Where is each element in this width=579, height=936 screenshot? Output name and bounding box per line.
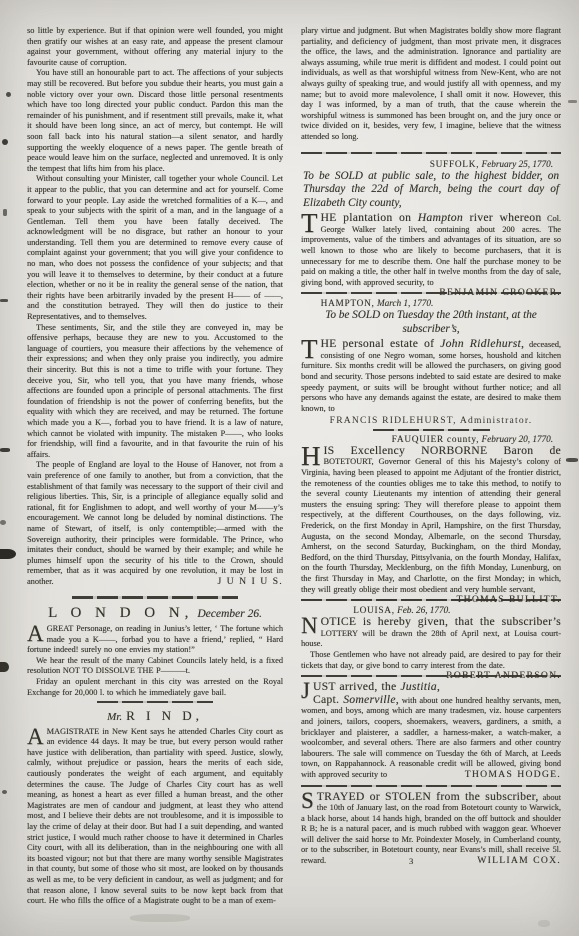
louisa-signature: ROBERT ANDERSON. (440, 671, 561, 682)
ad-fauquier: FAUQUIER county, February 20, 1770. HIS … (301, 434, 561, 595)
louisa-body-text: LOTTERY will be drawn the 28th of April … (301, 629, 561, 649)
ink-smudge (0, 520, 6, 525)
london-paragraph: Friday an opulent merchant in this city … (27, 677, 283, 698)
rind-title: R I N D, (126, 708, 203, 723)
hampton-signature: FRANCIS RIDLEHURST, Administrator. (301, 415, 561, 426)
rind-paragraph: A MAGISTRATE in New Kent says he attende… (27, 727, 283, 907)
fauquier-body-text: BOTETOURT, Governor General of this his … (301, 457, 561, 593)
fauquier-signature: THOMAS BULLITT. (450, 595, 561, 606)
strayed-lede: TRAYED or STOLEN from the subscriber, (317, 790, 539, 803)
rind-paragraph-text: MAGISTRATE in New Kent says he attended … (27, 727, 283, 906)
junius-paragraph: The people of England are loyal to the H… (27, 460, 283, 587)
drop-cap: A (27, 624, 47, 643)
hampton-place: HAMPTON, (321, 298, 375, 308)
fauquier-ad-body: HIS Excellency NORBORNE Baron de BOTETOU… (301, 445, 561, 595)
signature-mark: 3 (409, 856, 413, 867)
right-column: plary virtue and judgment. But when Magi… (301, 26, 561, 932)
section-divider (373, 429, 490, 431)
ink-smudge (0, 662, 9, 672)
suffolk-body-text: Col. George Walker lately lived, contain… (301, 214, 561, 287)
louisa-ad-body: NOTICE is hereby given, that the subscri… (301, 616, 561, 650)
just-arrived-lede: UST arrived, the (313, 680, 400, 693)
suffolk-signature: BENJAMIN CROOKER. (433, 288, 561, 299)
section-divider (301, 785, 561, 787)
ink-smudge (0, 299, 8, 302)
section-divider (72, 596, 238, 599)
fauquier-dateline: FAUQUIER county, February 20, 1770. (301, 434, 561, 444)
london-heading: L O N D O N, December 26. (27, 604, 283, 622)
junius-signature: J U N I U S. (211, 577, 283, 588)
hampton-ad-body: THE personal estate of John Ridlehurst, … (301, 338, 561, 414)
ship-name: Justitia (400, 680, 437, 693)
just-arrived-signature: THOMAS HODGE. (459, 770, 561, 781)
hampton-ad-heading: To be SOLD on Tuesday the 20th instant, … (303, 309, 559, 336)
london-paragraph: A GREAT Personage, on reading in Junius’… (27, 624, 283, 656)
hampton-lede: , (521, 337, 524, 350)
ink-smudge (2, 139, 8, 145)
ink-smudge (3, 209, 7, 216)
suffolk-lede: HE plantation on (321, 211, 418, 224)
strayed-signature: WILLIAM COX. (471, 856, 561, 867)
suffolk-date: February 25, 1770. (482, 159, 553, 169)
drop-cap: J (301, 681, 313, 700)
ink-smudge (2, 790, 7, 794)
louisa-lede: OTICE is hereby given, that the subscrib… (321, 615, 561, 628)
scan-smudge (130, 914, 190, 922)
louisa-date: Feb. 26, 1770. (397, 605, 450, 615)
ad-louisa: LOUISA, Feb. 26, 1770. NOTICE is hereby … (301, 605, 561, 671)
drop-cap: A (27, 727, 47, 746)
drop-cap: H (301, 445, 324, 466)
rind-heading: Mr. R I N D, (27, 707, 283, 725)
fauquier-lede: IS Excellency NORBORNE Baron de (324, 444, 562, 457)
just-arrived-body: JUST arrived, the Justitia, Capt. Somerv… (301, 681, 561, 780)
rind-continuation-paragraph: plary virtue and judgment. But when Magi… (301, 26, 561, 143)
ink-smudge (566, 458, 578, 462)
fauquier-date: February 20, 1770. (482, 434, 553, 444)
hampton-dateline: HAMPTON, March 1, 1770. (301, 298, 561, 308)
just-arrived-lede: , (396, 693, 399, 706)
drop-cap: T (301, 338, 321, 359)
section-divider (301, 152, 561, 155)
junius-paragraph: These sentiments, Sir, and the stile the… (27, 323, 283, 461)
ad-just-arrived: JUST arrived, the Justitia, Capt. Somerv… (301, 681, 561, 780)
junius-paragraph: so little by experience. But if that opi… (27, 26, 283, 68)
junius-paragraph: Without consulting your Minister, call t… (27, 174, 283, 322)
louisa-place: LOUISA, (353, 605, 395, 615)
ink-smudge (0, 549, 16, 559)
junius-paragraph-text: The people of England are loyal to the H… (27, 460, 283, 586)
hampton-body-text: deceased, consisting of one Negro woman,… (301, 340, 561, 413)
hampton-lede-italic: John Ridlehurst (440, 337, 521, 350)
hampton-lede: HE personal estate of (321, 337, 441, 350)
section-divider (97, 701, 212, 703)
louisa-dateline: LOUISA, Feb. 26, 1770. (301, 605, 561, 615)
suffolk-dateline: SUFFOLK, February 25, 1770. (301, 159, 561, 169)
rind-title-prefix: Mr. (107, 711, 122, 723)
ad-strayed: STRAYED or STOLEN from the subscriber, a… (301, 791, 561, 867)
suffolk-place: SUFFOLK, (430, 159, 480, 169)
louisa-paragraph: Those Gentlemen who have not already pai… (301, 650, 561, 671)
junius-paragraph: You have still an honourable part to act… (27, 68, 283, 174)
left-column: so little by experience. But if that opi… (27, 26, 283, 932)
suffolk-ad-body: THE plantation on Hampton river whereon … (301, 212, 561, 288)
fauquier-place: FAUQUIER county, (392, 434, 480, 444)
london-title: L O N D O N, (48, 605, 193, 621)
london-paragraph: We hear the result of the many Cabinet C… (27, 656, 283, 677)
suffolk-lede: river whereon (463, 211, 542, 224)
strayed-body-text: about the 10th of January last, on the r… (301, 793, 561, 866)
ad-hampton: HAMPTON, March 1, 1770. To be SOLD on Tu… (301, 298, 561, 426)
captain-name: Somerville (343, 693, 396, 706)
newspaper-page: so little by experience. But if that opi… (0, 0, 579, 936)
ad-suffolk: SUFFOLK, February 25, 1770. To be SOLD a… (301, 159, 561, 288)
hampton-date: March 1, 1770. (377, 298, 433, 308)
scan-smudge (538, 920, 550, 927)
london-date: December 26. (197, 608, 262, 620)
ink-smudge (0, 448, 10, 452)
london-paragraph-text: GREAT Personage, on reading in Junius’s … (27, 624, 283, 654)
ink-smudge (568, 100, 577, 103)
ink-smudge (6, 92, 11, 97)
drop-cap: S (301, 791, 317, 810)
strayed-body: STRAYED or STOLEN from the subscriber, a… (301, 791, 561, 867)
drop-cap: T (301, 212, 321, 233)
suffolk-ad-heading: To be SOLD at public sale, to the highes… (303, 170, 559, 210)
louisa-paragraph-text: Those Gentlemen who have not already pai… (301, 650, 561, 670)
suffolk-lede-italic: Hampton (418, 211, 463, 224)
just-arrived-body-text: with about one hundred healthy servants,… (301, 696, 561, 779)
drop-cap: N (301, 616, 321, 635)
